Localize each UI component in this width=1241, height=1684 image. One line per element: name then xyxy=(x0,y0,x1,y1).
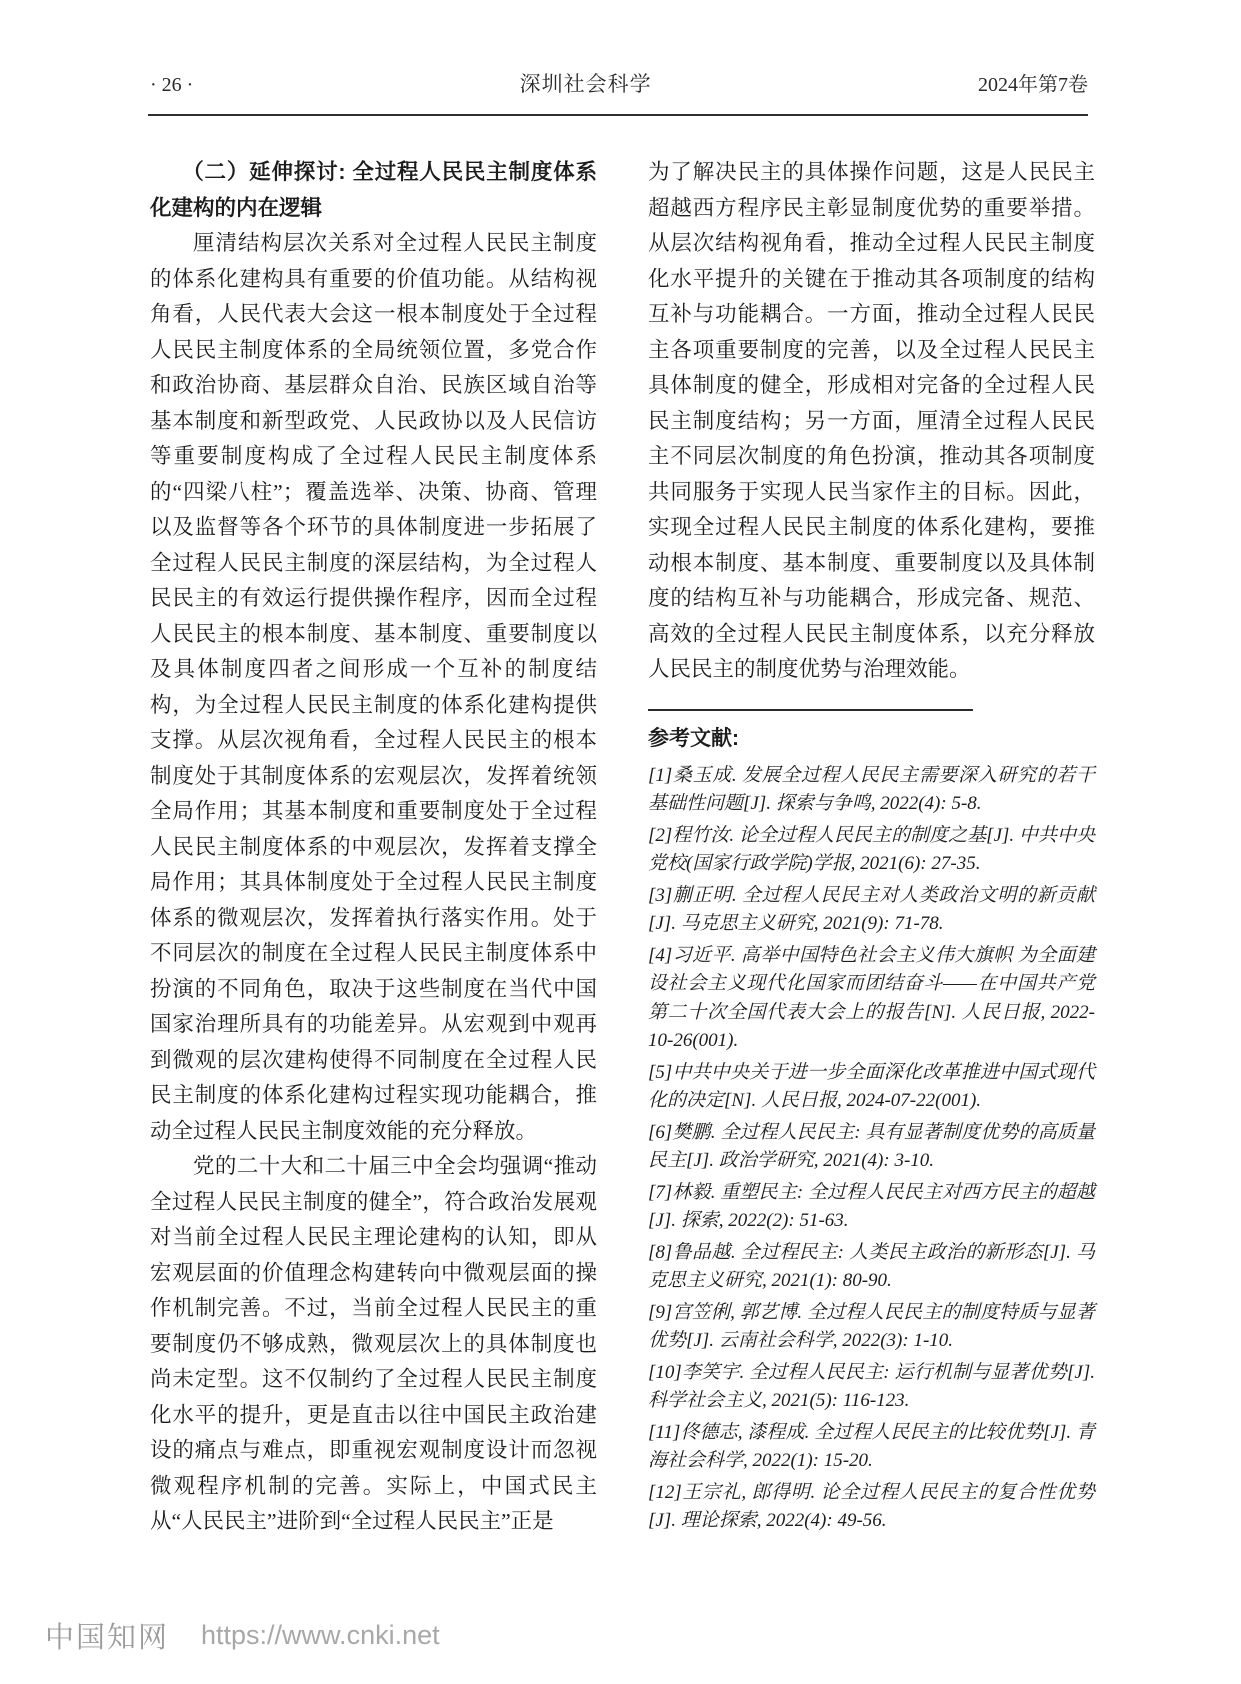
reference-item: [7]林毅. 重塑民主: 全过程人民民主对西方民主的超越[J]. 探索, 202… xyxy=(648,1179,1095,1236)
volume-label: 2024年第7卷 xyxy=(978,68,1088,97)
reference-item: [8]鲁品越. 全过程民主: 人类民主政治的新形态[J]. 马克思主义研究, 2… xyxy=(648,1239,1095,1296)
journal-title: 深圳社会科学 xyxy=(520,68,652,98)
page-number: · 26 · xyxy=(150,74,193,97)
body-paragraph: 党的二十大和二十届三中全会均强调“推动全过程人民民主制度的健全”，符合政治发展观… xyxy=(150,1149,597,1540)
journal-article-page: · 26 · 深圳社会科学 2024年第7卷 （二）延伸探讨: 全过程人民民主制… xyxy=(0,0,1241,1684)
page-header: · 26 · 深圳社会科学 2024年第7卷 xyxy=(150,68,1088,98)
reference-item: [9]宫笠俐, 郭艺博. 全过程人民民主的制度特质与显著优势[J]. 云南社会科… xyxy=(648,1299,1095,1356)
reference-item: [1]桑玉成. 发展全过程人民民主需要深入研究的若干基础性问题[J]. 探索与争… xyxy=(648,762,1095,819)
section-heading: （二）延伸探讨: 全过程人民民主制度体系化建构的内在逻辑 xyxy=(150,155,597,226)
cnki-footer: 中国知网 https://www.cnki.net xyxy=(45,1615,440,1656)
body-paragraph: 厘清结构层次关系对全过程人民民主制度的体系化建构具有重要的价值功能。从结构视角看… xyxy=(150,226,597,1149)
reference-item: [10]李笑宇. 全过程人民民主: 运行机制与显著优势[J]. 科学社会主义, … xyxy=(648,1359,1095,1416)
reference-item: [12]王宗礼, 郎得明. 论全过程人民民主的复合性优势[J]. 理论探索, 2… xyxy=(648,1479,1095,1536)
body-paragraph-continuation: 为了解决民主的具体操作问题，这是人民民主超越西方程序民主彰显制度优势的重要举措。… xyxy=(648,155,1095,688)
reference-item: [2]程竹汝. 论全过程人民民主的制度之基[J]. 中共中央党校(国家行政学院)… xyxy=(648,822,1095,879)
cnki-brand: 中国知网 xyxy=(45,1615,169,1656)
header-divider xyxy=(148,114,1088,116)
references-divider xyxy=(648,709,973,711)
left-column: （二）延伸探讨: 全过程人民民主制度体系化建构的内在逻辑 厘清结构层次关系对全过… xyxy=(150,155,597,1540)
cnki-url: https://www.cnki.net xyxy=(201,1620,440,1651)
right-column: 为了解决民主的具体操作问题，这是人民民主超越西方程序民主彰显制度优势的重要举措。… xyxy=(648,155,1095,1539)
reference-item: [6]樊鹏. 全过程人民民主: 具有显著制度优势的高质量民主[J]. 政治学研究… xyxy=(648,1119,1095,1176)
reference-item: [3]蒯正明. 全过程人民民主对人类政治文明的新贡献[J]. 马克思主义研究, … xyxy=(648,882,1095,939)
reference-item: [11]佟德志, 漆程成. 全过程人民民主的比较优势[J]. 青海社会科学, 2… xyxy=(648,1419,1095,1476)
reference-item: [4]习近平. 高举中国特色社会主义伟大旗帜 为全面建设社会主义现代化国家而团结… xyxy=(648,942,1095,1056)
references-heading: 参考文献: xyxy=(648,724,1095,754)
reference-item: [5]中共中央关于进一步全面深化改革推进中国式现代化的决定[N]. 人民日报, … xyxy=(648,1059,1095,1116)
